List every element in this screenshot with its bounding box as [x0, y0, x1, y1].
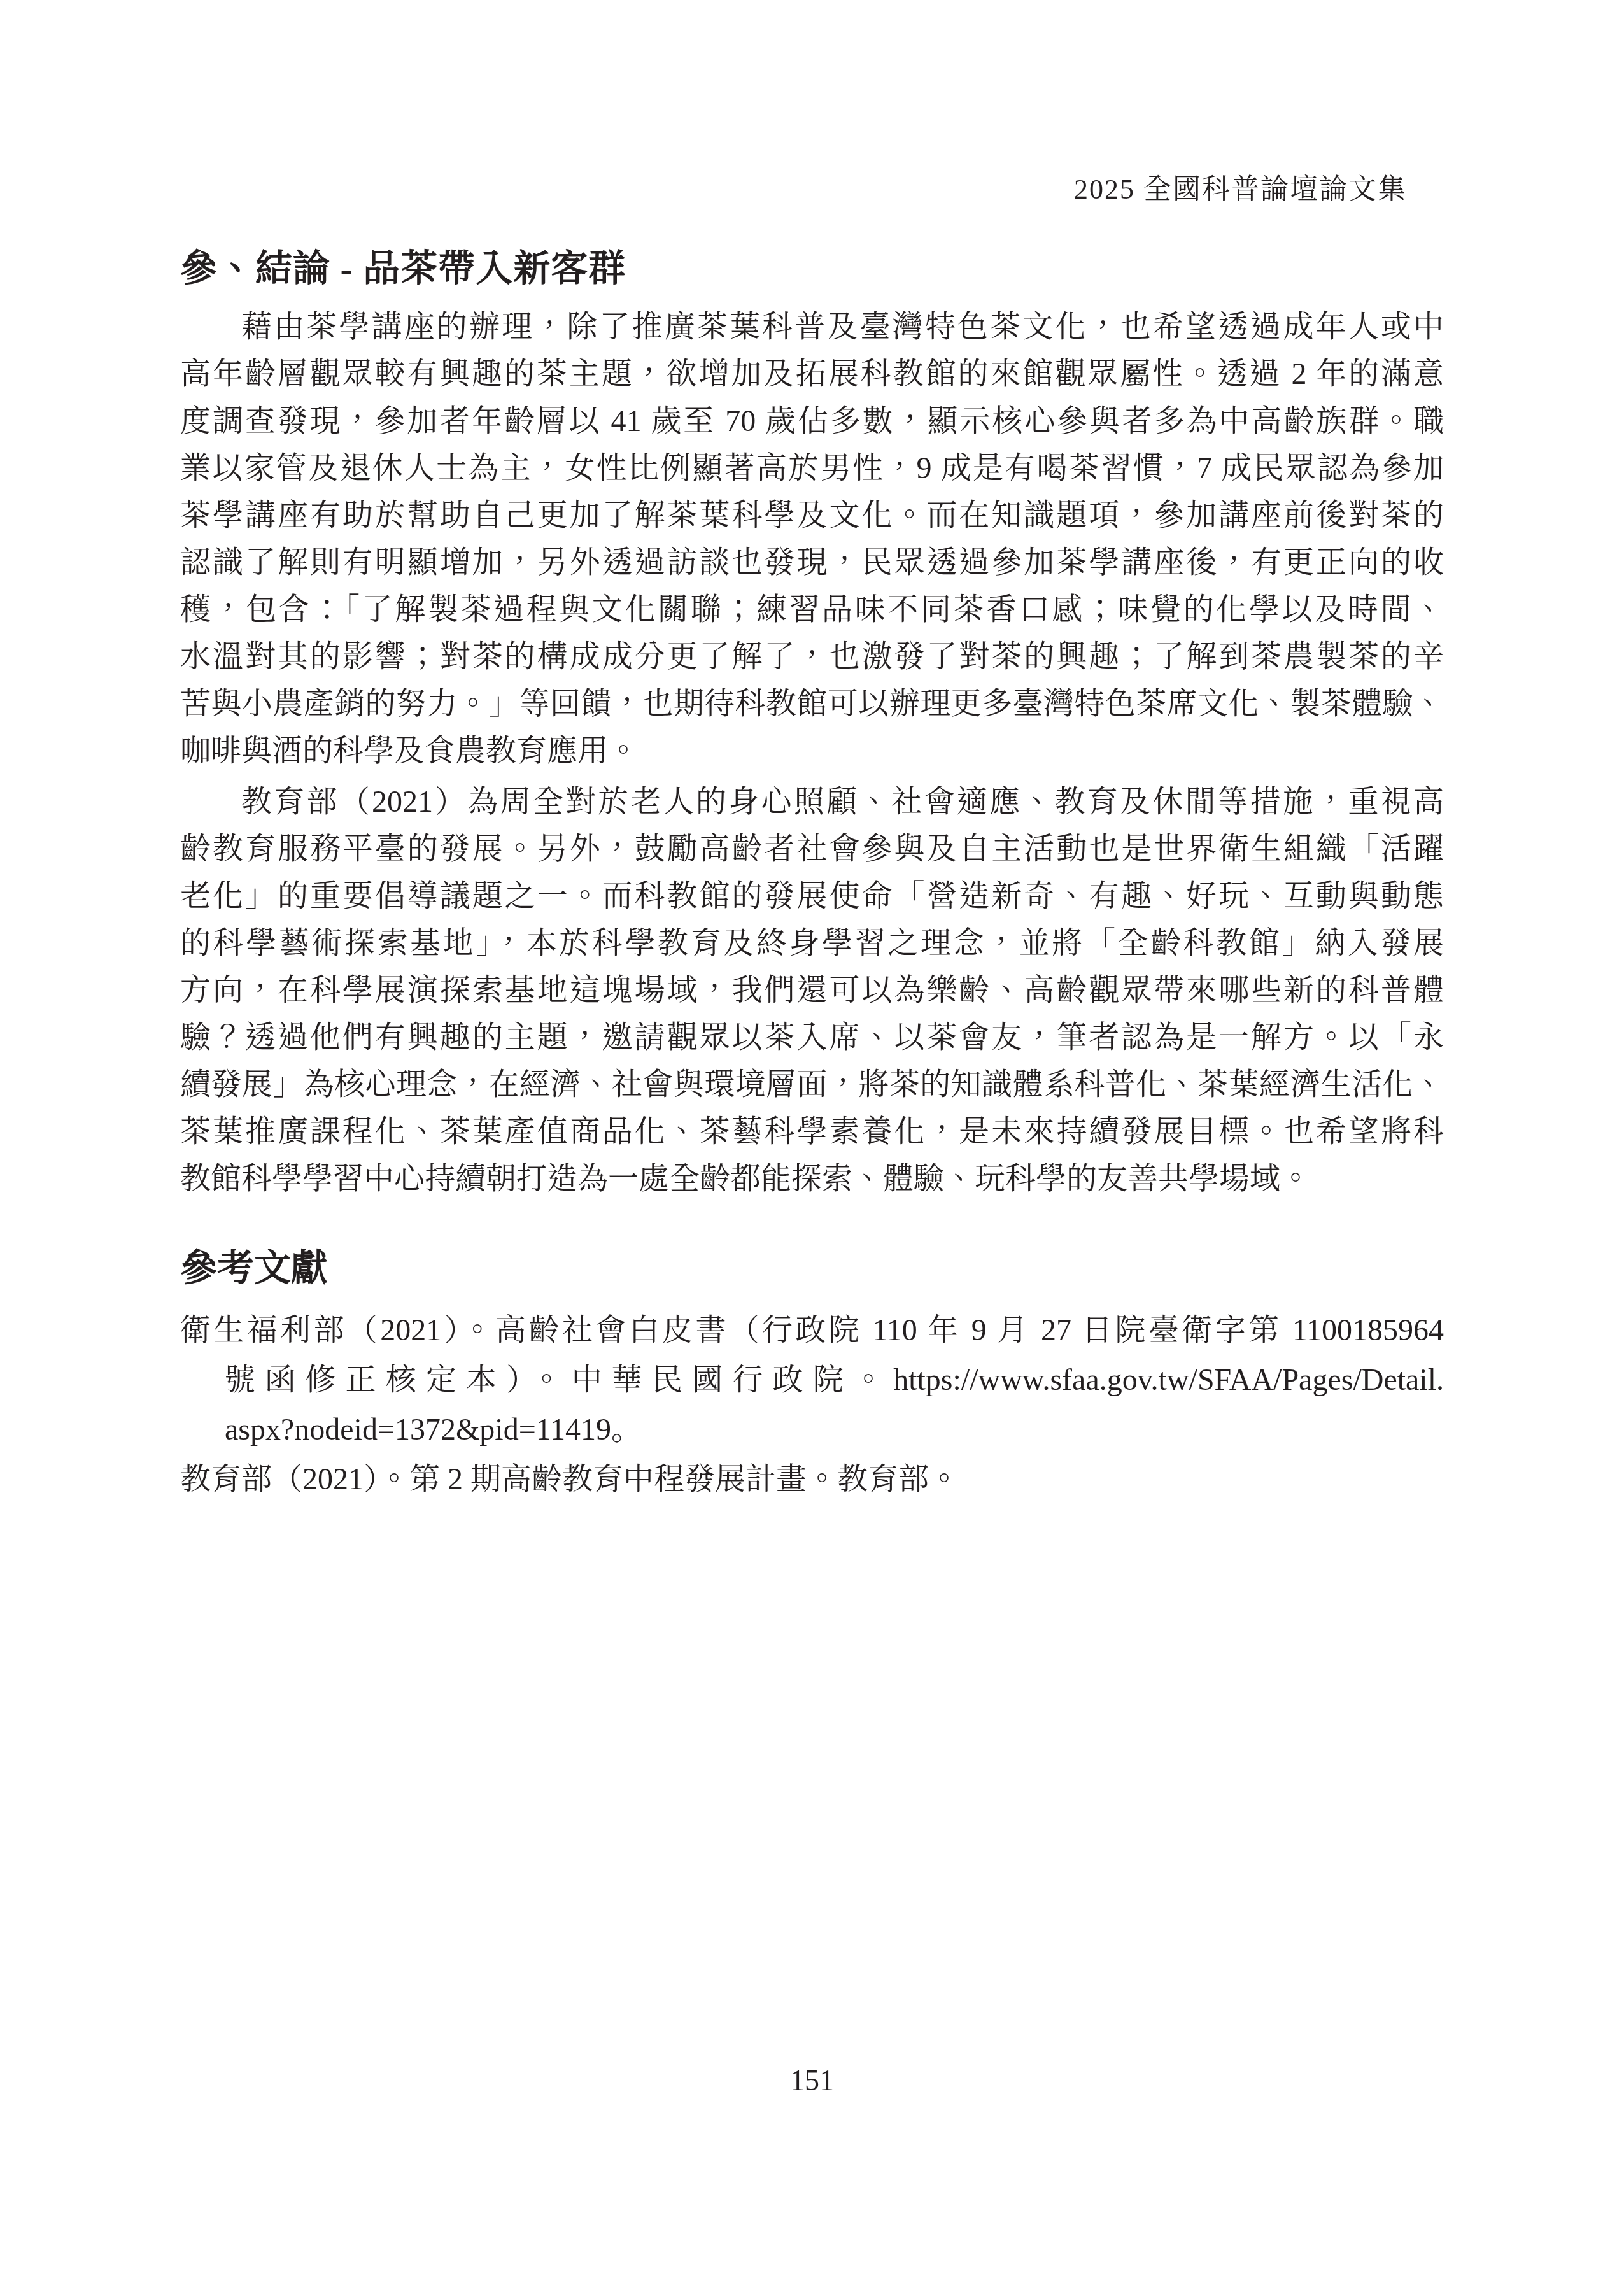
body-line: 教育部（2021）為周全對於老人的身心照顧、社會適應、教育及休閒等措施，重視高	[180, 779, 1444, 826]
body-line: 齡教育服務平臺的發展。另外，鼓勵高齡者社會參與及自主活動也是世界衛生組織「活躍	[180, 826, 1444, 873]
body-line: 驗？透過他們有興趣的主題，邀請觀眾以茶入席、以茶會友，筆者認為是一解方。以「永	[180, 1014, 1444, 1061]
body-line: 的科學藝術探索基地」，本於科學教育及終身學習之理念，並將「全齡科教館」納入發展	[180, 920, 1444, 967]
reference-entry-2: 教育部（2021）。第 2 期高齡教育中程發展計畫。教育部。	[180, 1455, 1444, 1504]
body-line: 業以家管及退休人士為主，女性比例顯著高於男性，9 成是有喝茶習慣，7 成民眾認為…	[180, 445, 1444, 492]
body-line: 度調查發現，參加者年齡層以 41 歲至 70 歲佔多數，顯示核心參與者多為中高齡…	[180, 398, 1444, 445]
body-line: 穫，包含：「了解製茶過程與文化關聯；練習品味不同茶香口感；味覺的化學以及時間、	[180, 586, 1444, 633]
reference-line: 衛生福利部（2021）。高齡社會白皮書（行政院 110 年 9 月 27 日院臺…	[180, 1306, 1444, 1355]
body-line: 認識了解則有明顯增加，另外透過訪談也發現，民眾透過參加茶學講座後，有更正向的收	[180, 539, 1444, 586]
body-line: 藉由茶學講座的辦理，除了推廣茶葉科普及臺灣特色茶文化，也希望透過成年人或中	[180, 304, 1444, 351]
conclusion-paragraph-2: 教育部（2021）為周全對於老人的身心照顧、社會適應、教育及休閒等措施，重視高 …	[180, 779, 1444, 1203]
body-line: 茶葉推廣課程化、茶葉產值商品化、茶藝科學素養化，是未來持續發展目標。也希望將科	[180, 1108, 1444, 1156]
paper-page: 2025 全國科普論壇論文集 參、結論 - 品茶帶入新客群 藉由茶學講座的辦理，…	[0, 0, 1624, 2278]
page-number: 151	[0, 2063, 1624, 2098]
conclusion-section-heading: 參、結論 - 品茶帶入新客群	[180, 245, 1444, 292]
body-line: 茶學講座有助於幫助自己更加了解茶葉科學及文化。而在知識題項，參加講座前後對茶的	[180, 492, 1444, 539]
body-line: 續發展」為核心理念，在經濟、社會與環境層面，將茶的知識體系科普化、茶葉經濟生活化…	[180, 1061, 1444, 1108]
body-line: 高年齡層觀眾較有興趣的茶主題，欲增加及拓展科教館的來館觀眾屬性。透過 2 年的滿…	[180, 351, 1444, 398]
reference-line: aspx?nodeid=1372&pid=11419。	[225, 1405, 1444, 1455]
reference-line: 教育部（2021）。第 2 期高齡教育中程發展計畫。教育部。	[180, 1455, 1444, 1504]
conclusion-paragraph-1: 藉由茶學講座的辦理，除了推廣茶葉科普及臺灣特色茶文化，也希望透過成年人或中 高年…	[180, 304, 1444, 775]
body-line: 咖啡與酒的科學及食農教育應用。	[180, 728, 1444, 775]
body-line: 水溫對其的影響；對茶的構成成分更了解了，也激發了對茶的興趣；了解到茶農製茶的辛	[180, 633, 1444, 681]
body-line: 方向，在科學展演探索基地這塊場域，我們還可以為樂齡、高齡觀眾帶來哪些新的科普體	[180, 967, 1444, 1014]
running-header: 2025 全國科普論壇論文集	[1074, 169, 1407, 210]
reference-line: 號函修正核定本）。中華民國行政院。https://www.sfaa.gov.tw…	[225, 1355, 1444, 1405]
page-content: 參、結論 - 品茶帶入新客群 藉由茶學講座的辦理，除了推廣茶葉科普及臺灣特色茶文…	[180, 245, 1444, 1504]
body-line: 老化」的重要倡導議題之一。而科教館的發展使命「營造新奇、有趣、好玩、互動與動態	[180, 873, 1444, 920]
reference-entry-1: 衛生福利部（2021）。高齡社會白皮書（行政院 110 年 9 月 27 日院臺…	[180, 1306, 1444, 1455]
body-line: 苦與小農產銷的努力。」等回饋，也期待科教館可以辦理更多臺灣特色茶席文化、製茶體驗…	[180, 681, 1444, 728]
body-line: 教館科學學習中心持續朝打造為一處全齡都能探索、體驗、玩科學的友善共學場域。	[180, 1156, 1444, 1203]
references-section-heading: 參考文獻	[180, 1245, 1444, 1292]
